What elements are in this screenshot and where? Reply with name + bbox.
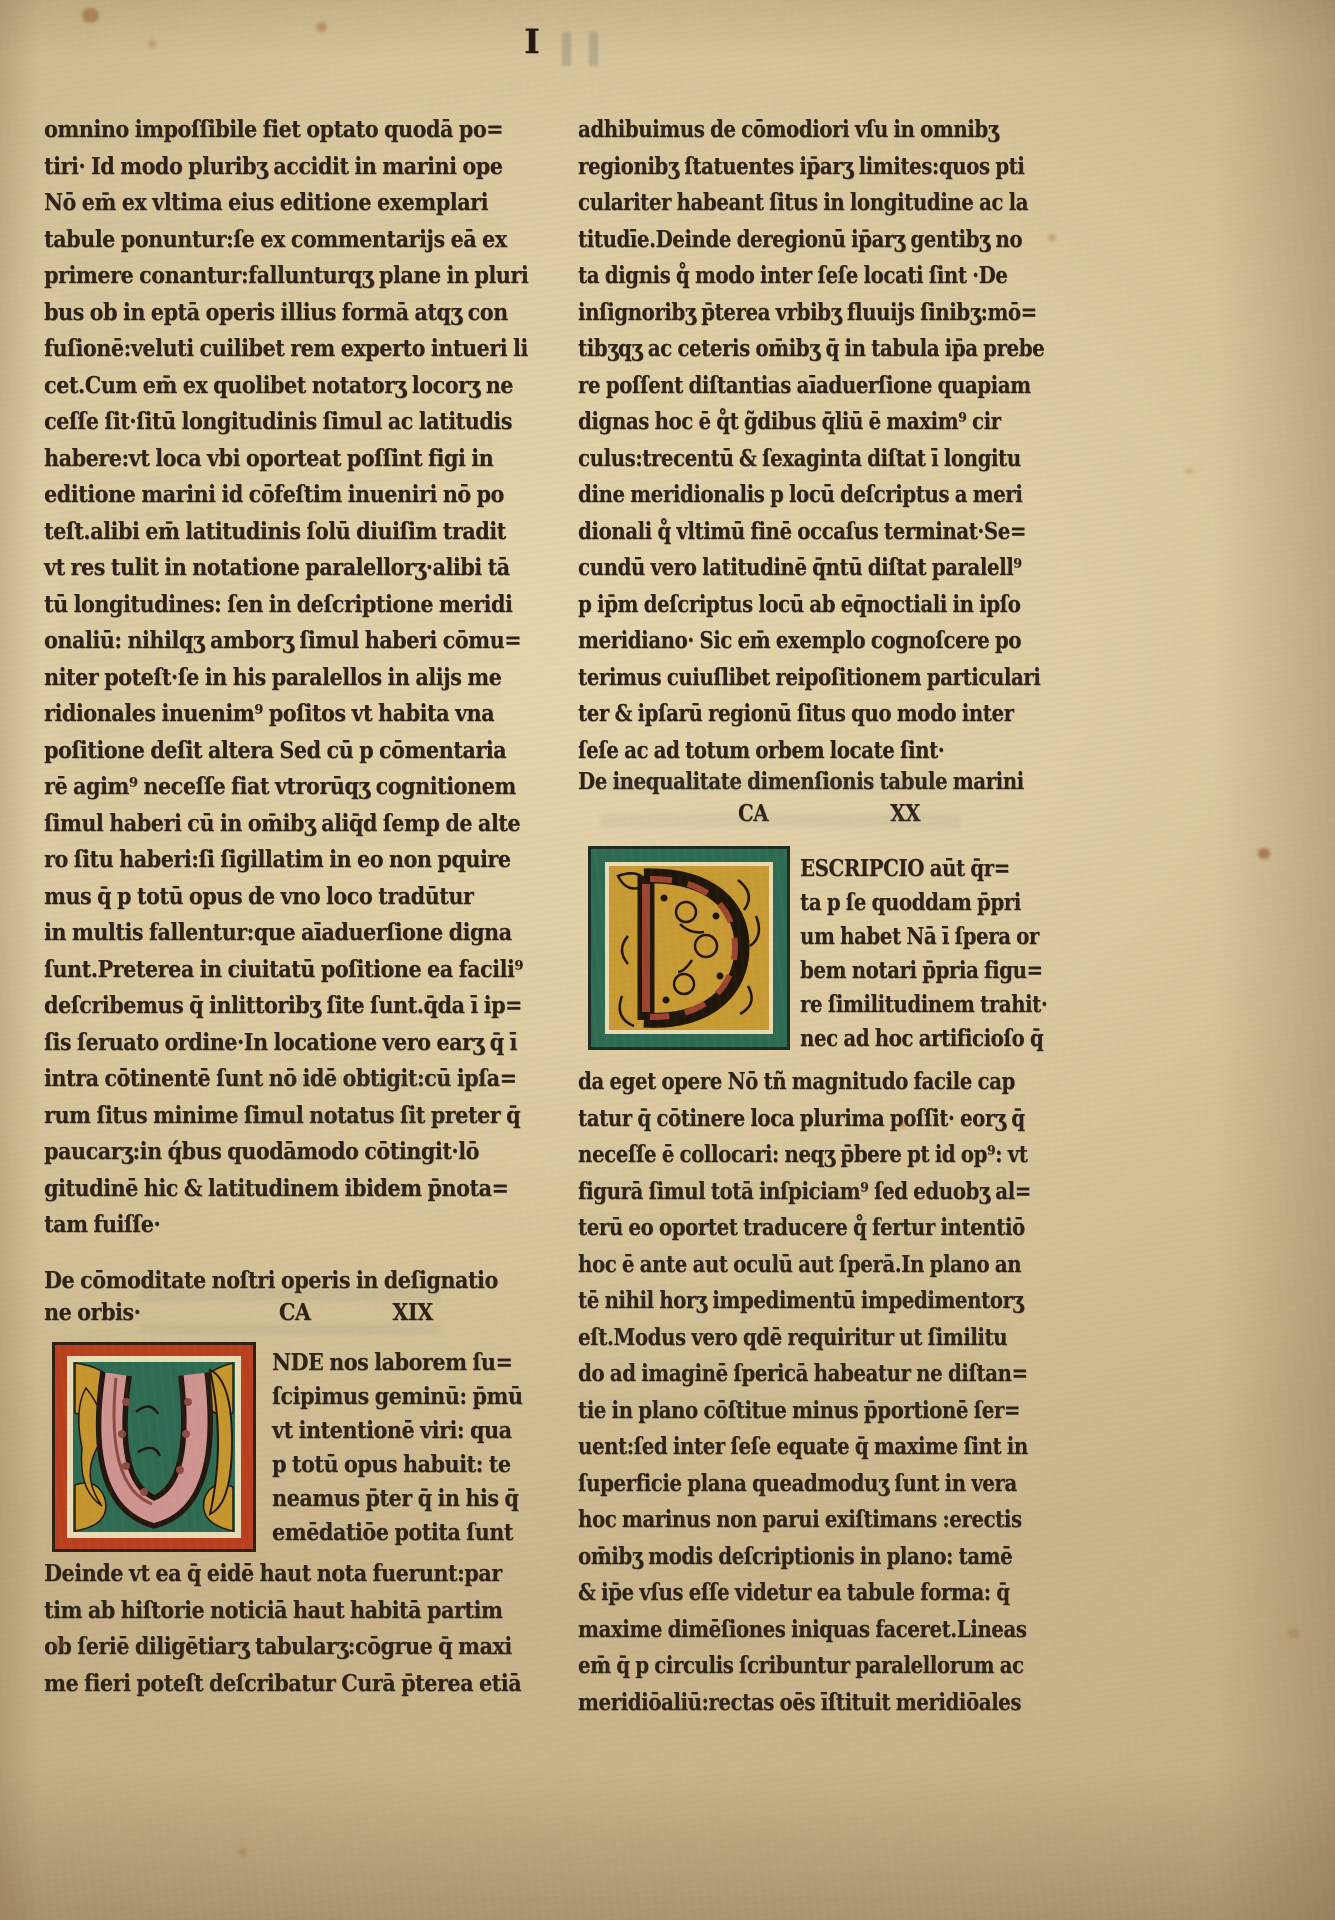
text-line: nec ad hoc artificioſo q̄ bbox=[800, 1022, 991, 1056]
chapter-label: CA bbox=[279, 1299, 311, 1326]
text-line: re poſſent diſtantias aīaduerſione quapi… bbox=[578, 368, 956, 405]
text-line: paucarʒ:in q́bus quodāmodo cōtingit·lō bbox=[44, 1134, 467, 1171]
text-line: rē agim⁹ neceſſe fiat vtrorūqʒ cognition… bbox=[44, 769, 467, 806]
paper-stain bbox=[1186, 468, 1193, 474]
text-line: NDE nos laborem ſu= bbox=[272, 1346, 497, 1380]
text-line: terimus cuiuſlibet reipoſitionem particu… bbox=[578, 660, 956, 697]
text-line: p ip̄m deſcriptus locū ab eq̄noctiali in… bbox=[578, 587, 956, 624]
decorated-initial-d bbox=[588, 846, 790, 1050]
chapter-20-heading: De inequalitate dimenſionis tabule marin… bbox=[578, 764, 1024, 801]
chapter-20-opening-lines: ESCRIPCIO aūt q̄r=ta p ſe quoddam p̄priu… bbox=[800, 852, 991, 1056]
text-line: ta dignis q̊ modo inter ſeſe locati ſint… bbox=[578, 258, 956, 295]
heading-text: De inequalitate dimenſionis tabule marin… bbox=[578, 764, 1024, 801]
text-line: editione marini id cōfeſtim inueniri nō … bbox=[44, 477, 467, 514]
heading-text: ne orbis· bbox=[44, 1299, 140, 1326]
text-line: Deinde vt ea q̄ eidē haut nota fuerunt:p… bbox=[44, 1556, 467, 1593]
text-line: do ad imaginē ſpericā habeatur ne diſtan… bbox=[578, 1356, 956, 1393]
text-line: neamus p̄ter q̄ in his q̄ bbox=[272, 1482, 497, 1516]
text-line: ESCRIPCIO aūt q̄r= bbox=[800, 852, 991, 886]
text-line: vt intentionē viri: qua bbox=[272, 1414, 497, 1448]
text-line: adhibuimus de cōmodiori vſu in omnibʒ bbox=[578, 112, 956, 149]
text-line: & ip̄e vſus eſſe videtur ea tabule forma… bbox=[578, 1575, 956, 1612]
paper-stain bbox=[82, 8, 99, 23]
text-line: tabule ponuntur:ſe ex commentarijs eā ex bbox=[44, 222, 467, 259]
text-line: tibʒqʒ ac ceteris om̄ibʒ q̄ in tabula ip… bbox=[578, 331, 956, 368]
text-line: dignas hoc ē q̊t g̃dibus q̄liū ē maxim⁹ … bbox=[578, 404, 956, 441]
chapter-19-heading-row: ne orbis· CA XIX bbox=[44, 1299, 514, 1336]
heading-text: De cōmoditate noſtri operis in deſignati… bbox=[44, 1263, 498, 1300]
text-line: omnino impoſſibile fiet optato quodā po= bbox=[44, 112, 467, 149]
text-line: cet.Cum em̄ ex quolibet notatorʒ locorʒ … bbox=[44, 368, 467, 405]
text-line: primere conantur:fallunturqʒ plane in pl… bbox=[44, 258, 467, 295]
text-line: cundū vero latitudinē q̄ntū diſtat paral… bbox=[578, 550, 956, 587]
text-line: ceſſe ſit·ſitū longitudinis ſimul ac lat… bbox=[44, 404, 467, 441]
text-line: culus:trecentū & ſexaginta diſtat ī long… bbox=[578, 441, 956, 478]
chapter-20-heading-row: CA XX bbox=[578, 800, 1017, 837]
text-line: uent:ſed inter ſeſe equate q̄ maxime ſin… bbox=[578, 1429, 956, 1466]
text-line: maxime dimēſiones iniquas faceret.Lineas bbox=[578, 1612, 956, 1649]
text-line: ſunt.Preterea in ciuitatū poſitione ea f… bbox=[44, 952, 467, 989]
text-line: ridionales inuenim⁹ poſitos vt habita vn… bbox=[44, 696, 467, 733]
text-line: meridiōaliū:rectas oēs īſtituit meridiōa… bbox=[578, 1685, 956, 1722]
right-column-paragraph: adhibuimus de cōmodiori vſu in omnibʒreg… bbox=[578, 112, 956, 769]
text-line: deſcribemus q̄ inlittoribʒ ſite ſunt.q̄d… bbox=[44, 988, 467, 1025]
text-line: fuſionē:veluti cuilibet rem experto intu… bbox=[44, 331, 467, 368]
text-line: tē nihil horʒ impedimentū impedimentorʒ bbox=[578, 1283, 956, 1320]
text-line: hoc marinus non parui exiſtimans :erecti… bbox=[578, 1502, 956, 1539]
text-line: ro ſitu haberi:ſi ſigillatim in eo non p… bbox=[44, 842, 467, 879]
right-column-continuation: da eget opere Nō tñ magnitudo facile cap… bbox=[578, 1064, 956, 1721]
chapter-number: XIX bbox=[392, 1299, 432, 1326]
text-line: re ſimilitudinem trahit· bbox=[800, 988, 991, 1022]
text-line: ta p ſe quoddam p̄pri bbox=[800, 886, 991, 920]
text-line: ſcipimus geminū: p̄mū bbox=[272, 1380, 497, 1414]
text-line: bus ob in eptā operis illius formā atqʒ … bbox=[44, 295, 467, 332]
paper-stain bbox=[316, 22, 327, 32]
text-line: regionibʒ ſtatuentes ip̄arʒ limites:quos… bbox=[578, 149, 956, 186]
text-line: titudīe.Deinde deregionū ip̄arʒ gentibʒ … bbox=[578, 222, 956, 259]
text-line: emēdatiōe potita ſunt bbox=[272, 1516, 497, 1550]
text-line: meridiano· Sic em̄ exemplo cognoſcere po bbox=[578, 623, 956, 660]
text-line: mus q̄ p totū opus de vno loco tradūtur bbox=[44, 879, 467, 916]
book-page: I omnino impoſſibile fiet optato quodā p… bbox=[0, 0, 1335, 1920]
text-line: teſt.alibi em̄ latitudinis ſolū diuiſim … bbox=[44, 514, 467, 551]
folio-number: I bbox=[524, 22, 540, 62]
folio-show-through bbox=[562, 32, 614, 66]
text-line: Nō em̄ ex vltima eius editione exemplari bbox=[44, 185, 467, 222]
text-line: terū eo oportet traducere q̊ fertur inte… bbox=[578, 1210, 956, 1247]
text-line: ter & ipſarū regionū ſitus quo modo inte… bbox=[578, 696, 956, 733]
text-line: onaliū: nihilqʒ amborʒ ſimul haberi cōmu… bbox=[44, 623, 467, 660]
chapter-19-opening-lines: NDE nos laborem ſu=ſcipimus geminū: p̄mū… bbox=[272, 1346, 497, 1550]
text-line: tam fuiſſe· bbox=[44, 1207, 467, 1244]
text-line: ſimul haberi cū in om̄ibʒ aliq̄d ſemp de… bbox=[44, 806, 467, 843]
text-line: gitudinē hic & latitudinem ibidem p̄nota… bbox=[44, 1171, 467, 1208]
text-line: me fieri poteſt deſcribatur Curā p̄terea… bbox=[44, 1666, 467, 1703]
text-line: niter poteſt·ſe in his paralellos in ali… bbox=[44, 660, 467, 697]
text-line: tiri· Id modo pluribʒ accidit in marini … bbox=[44, 149, 467, 186]
paper-stain bbox=[1048, 234, 1056, 241]
text-line: da eget opere Nō tñ magnitudo facile cap bbox=[578, 1064, 956, 1101]
chapter-label: CA bbox=[738, 800, 768, 827]
text-line: culariter habeant ſitus in longitudine a… bbox=[578, 185, 956, 222]
decorated-initial-v bbox=[52, 1342, 256, 1552]
text-line: vt res tulit in notatione paralellorʒ·al… bbox=[44, 550, 467, 587]
text-line: habere:vt loca vbi oporteat poſſint figi… bbox=[44, 441, 467, 478]
text-line: bem notari p̄pria figu= bbox=[800, 954, 991, 988]
text-line: ſuperficie plana queadmoduʒ ſunt in vera bbox=[578, 1466, 956, 1503]
text-line: figurā ſimul totā inſpiciam⁹ ſed eduobʒ … bbox=[578, 1174, 956, 1211]
text-line: em̄ q̄ p circulis ſcribuntur paralelloru… bbox=[578, 1648, 956, 1685]
paper-stain bbox=[1258, 848, 1270, 859]
text-line: tim ab hiſtorie noticiā haut habitā part… bbox=[44, 1593, 467, 1630]
text-line: rum ſitus minime ſimul notatus ſit prete… bbox=[44, 1098, 467, 1135]
text-line: om̄ibʒ modis deſcriptionis in plano: tam… bbox=[578, 1539, 956, 1576]
text-line: eſt.Modus vero qdē requiritur ut ſimilit… bbox=[578, 1320, 956, 1357]
chapter-number: XX bbox=[890, 800, 920, 827]
chapter-19-heading: De cōmoditate noſtri operis in deſignati… bbox=[44, 1263, 498, 1300]
text-line: inſignoribʒ p̄terea vrbibʒ fluuijs ſinib… bbox=[578, 295, 956, 332]
left-column-paragraph: omnino impoſſibile fiet optato quodā po=… bbox=[44, 112, 467, 1244]
paper-stain bbox=[148, 40, 157, 48]
text-line: hoc ē ante aut oculū aut ſperā.In plano … bbox=[578, 1247, 956, 1284]
text-line: tatur q̄ cōtinere loca plurima poſſit· e… bbox=[578, 1101, 956, 1138]
text-line: tū longitudines: ſen in deſcriptione mer… bbox=[44, 587, 467, 624]
text-line: um habet Nā ī ſpera or bbox=[800, 920, 991, 954]
paper-stain bbox=[238, 1848, 247, 1856]
text-line: p totū opus habuit: te bbox=[272, 1448, 497, 1482]
text-line: in multis fallentur:que aīaduerſione dig… bbox=[44, 915, 467, 952]
left-column-continuation: Deinde vt ea q̄ eidē haut nota fuerunt:p… bbox=[44, 1556, 467, 1702]
text-line: ob ſeriē diligētiarʒ tabularʒ:cōgrue q̄ … bbox=[44, 1629, 467, 1666]
text-line: intra cōtinentē ſunt nō idē obtigit:cū i… bbox=[44, 1061, 467, 1098]
text-line: dine meridionalis p locū deſcriptus a me… bbox=[578, 477, 956, 514]
text-line: dionali q̊ vltimū finē occaſus terminat·… bbox=[578, 514, 956, 551]
text-line: ſis ſeruato ordine·In locatione vero ear… bbox=[44, 1025, 467, 1062]
text-line: poſitione deſit altera Sed cū p cōmentar… bbox=[44, 733, 467, 770]
text-line: neceſſe ē collocari: neqʒ p̄bere pt id o… bbox=[578, 1137, 956, 1174]
text-line: tie in plano cōſtitue minus p̄portionē ſ… bbox=[578, 1393, 956, 1430]
paper-stain bbox=[1288, 1628, 1299, 1638]
